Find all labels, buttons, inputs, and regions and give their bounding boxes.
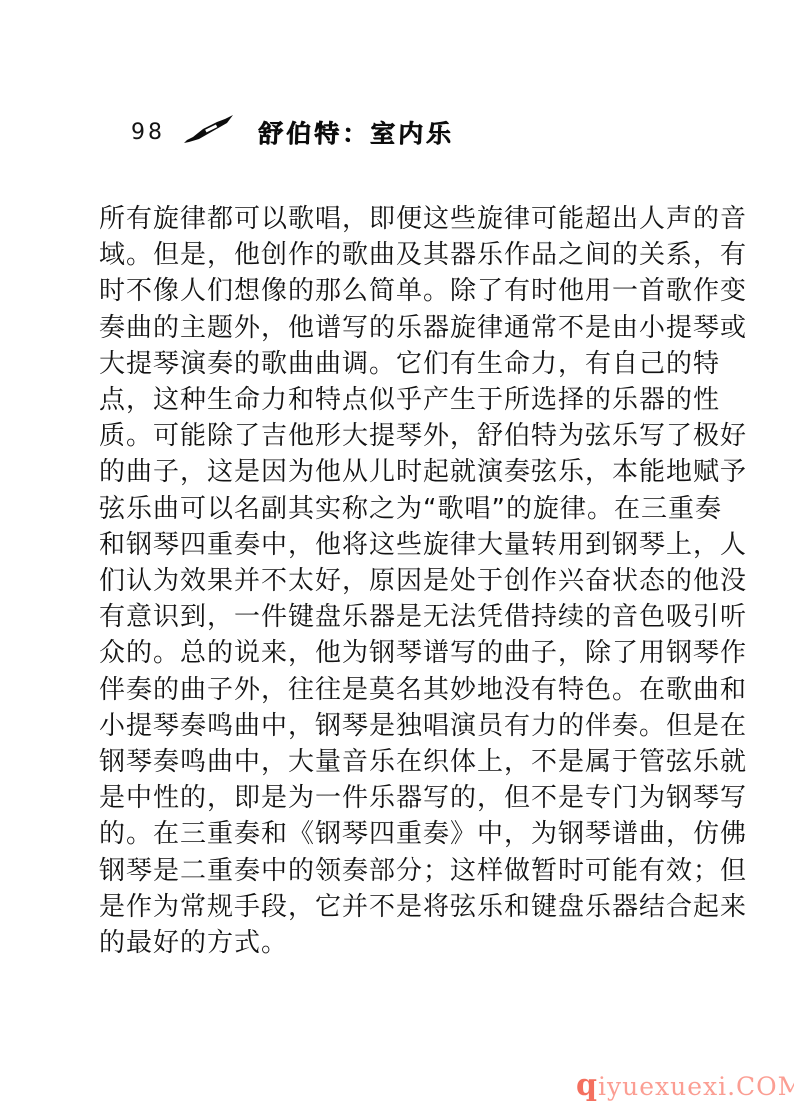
- text-line: 有意识到，一件键盘乐器是无法凭借持续的音色吸引听: [99, 599, 696, 635]
- page-header: 98 舒伯特：室内乐: [0, 112, 794, 152]
- text-line: 是中性的，即是为一件乐器写的，但不是专门为钢琴写: [99, 780, 696, 816]
- quill-pen-icon: [183, 115, 235, 145]
- text-line: 钢琴是二重奏中的领奏部分；这样做暂时可能有效；但: [99, 853, 696, 889]
- text-line: 的。在三重奏和《钢琴四重奏》中，为钢琴谱曲，仿佛: [99, 816, 696, 852]
- text-line: 域。但是，他创作的歌曲及其器乐作品之间的关系，有: [99, 237, 696, 273]
- page-number: 98: [131, 120, 165, 145]
- watermark-link[interactable]: qiyuexuexi.COM: [576, 1068, 794, 1103]
- text-line: 的最好的方式。: [99, 925, 696, 961]
- book-page: 98 舒伯特：室内乐 所有旋律都可以歌唱，即便这些旋律可能超出人声的音域。但是，…: [0, 0, 794, 1120]
- chapter-title: 舒伯特：室内乐: [257, 114, 454, 150]
- text-line: 弦乐曲可以名副其实称之为“歌唱”的旋律。在三重奏: [99, 491, 696, 527]
- text-line: 的曲子，这是因为他从儿时起就演奏弦乐，本能地赋予: [99, 454, 696, 490]
- text-line: 和钢琴四重奏中，他将这些旋律大量转用到钢琴上，人: [99, 527, 696, 563]
- text-line: 奏曲的主题外，他谱写的乐器旋律通常不是由小提琴或: [99, 310, 696, 346]
- text-line: 时不像人们想像的那么简单。除了有时他用一首歌作变: [99, 273, 696, 309]
- text-line: 是作为常规手段，它并不是将弦乐和键盘乐器结合起来: [99, 889, 696, 925]
- text-line: 所有旋律都可以歌唱，即便这些旋律可能超出人声的音: [99, 201, 696, 237]
- text-line: 们认为效果并不太好，原因是处于创作兴奋状态的他没: [99, 563, 696, 599]
- text-line: 点，这种生命力和特点似乎产生于所选择的乐器的性: [99, 382, 696, 418]
- text-line: 小提琴奏鸣曲中，钢琴是独唱演员有力的伴奏。但是在: [99, 708, 696, 744]
- text-line: 伴奏的曲子外，往往是莫名其妙地没有特色。在歌曲和: [99, 672, 696, 708]
- text-line: 质。可能除了吉他形大提琴外，舒伯特为弦乐写了极好: [99, 418, 696, 454]
- body-text: 所有旋律都可以歌唱，即便这些旋律可能超出人声的音域。但是，他创作的歌曲及其器乐作…: [99, 201, 696, 961]
- text-line: 大提琴演奏的歌曲曲调。它们有生命力，有自己的特: [99, 346, 696, 382]
- text-line: 钢琴奏鸣曲中，大量音乐在织体上，不是属于管弦乐就: [99, 744, 696, 780]
- text-line: 众的。总的说来，他为钢琴谱写的曲子，除了用钢琴作: [99, 635, 696, 671]
